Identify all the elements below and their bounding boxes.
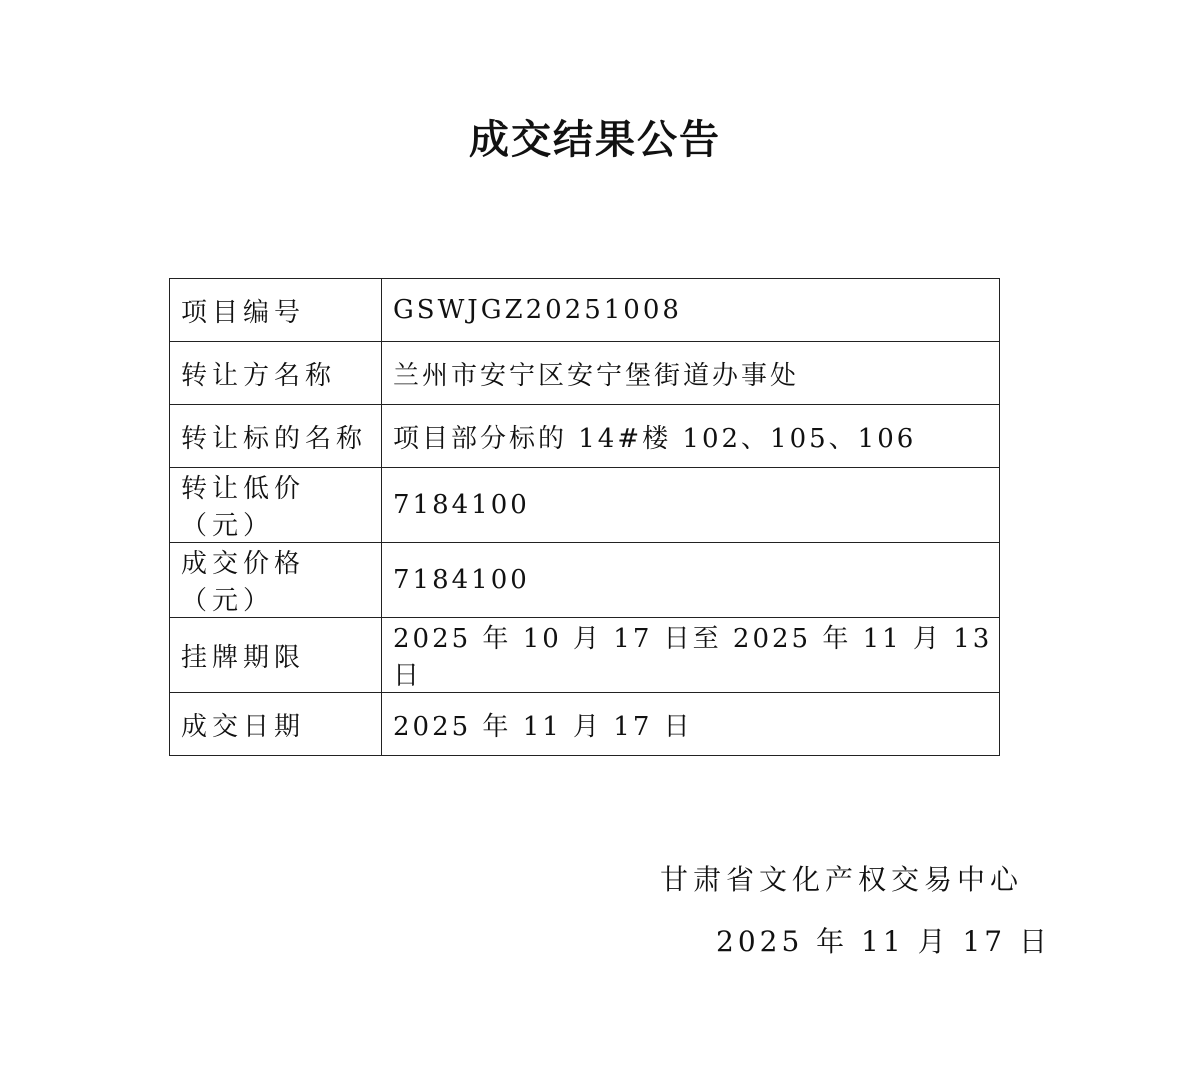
table-row: 转让方名称 兰州市安宁区安宁堡街道办事处 bbox=[170, 342, 1000, 405]
row-value: 2025 年 10 月 17 日至 2025 年 11 月 13 日 bbox=[382, 618, 1000, 693]
table-row: 转让低价（元） 7184100 bbox=[170, 468, 1000, 543]
row-label: 转让方名称 bbox=[170, 342, 382, 405]
table-row: 项目编号 GSWJGZ20251008 bbox=[170, 279, 1000, 342]
row-value: GSWJGZ20251008 bbox=[382, 279, 1000, 342]
row-label: 挂牌期限 bbox=[170, 618, 382, 693]
row-label: 项目编号 bbox=[170, 279, 382, 342]
row-label: 成交价格（元） bbox=[170, 543, 382, 618]
table-row: 挂牌期限 2025 年 10 月 17 日至 2025 年 11 月 13 日 bbox=[170, 618, 1000, 693]
row-value: 7184100 bbox=[382, 468, 1000, 543]
signature-date: 2025 年 11 月 17 日 bbox=[716, 920, 1051, 960]
row-value: 2025 年 11 月 17 日 bbox=[382, 693, 1000, 756]
row-label: 转让低价（元） bbox=[170, 468, 382, 543]
row-value: 项目部分标的 14#楼 102、105、106 bbox=[382, 405, 1000, 468]
issuing-organization: 甘肃省文化产权交易中心 bbox=[660, 858, 1023, 898]
table-row: 转让标的名称 项目部分标的 14#楼 102、105、106 bbox=[170, 405, 1000, 468]
row-label: 转让标的名称 bbox=[170, 405, 382, 468]
row-label: 成交日期 bbox=[170, 693, 382, 756]
document-title: 成交结果公告 bbox=[0, 108, 1190, 165]
table-row: 成交日期 2025 年 11 月 17 日 bbox=[170, 693, 1000, 756]
table-row: 成交价格（元） 7184100 bbox=[170, 543, 1000, 618]
row-value: 兰州市安宁区安宁堡街道办事处 bbox=[382, 342, 1000, 405]
row-value: 7184100 bbox=[382, 543, 1000, 618]
result-table: 项目编号 GSWJGZ20251008 转让方名称 兰州市安宁区安宁堡街道办事处… bbox=[169, 278, 1000, 756]
